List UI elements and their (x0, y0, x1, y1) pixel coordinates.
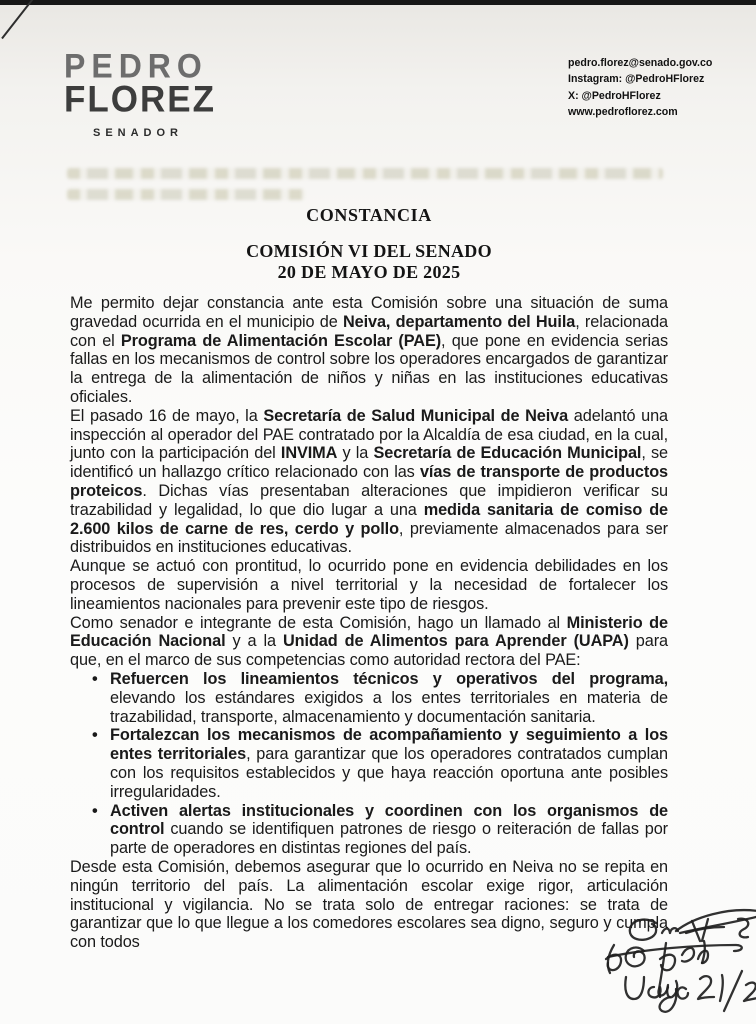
text-run: cuando se identifiquen patrones de riesg… (110, 820, 668, 857)
document-title: CONSTANCIA (70, 205, 668, 226)
document-subtitle-date: 20 DE MAYO DE 2025 (70, 262, 668, 283)
text-run: Aunque se actuó con prontitud, lo ocurri… (70, 557, 668, 613)
scanned-document-page: PEDRO FLOREZ SENADOR pedro.florez@senado… (0, 0, 756, 1024)
contact-email: pedro.florez@senado.gov.co (568, 55, 712, 71)
text-run-bold: Secretaría de Salud Municipal de Neiva (263, 407, 568, 425)
bullet-item: •Refuercen los lineamientos técnicos y o… (70, 670, 668, 726)
text-run: y a la (226, 632, 284, 650)
text-run-bold: Unidad de Alimentos para Aprender (UAPA) (283, 632, 629, 650)
scan-corner-fold (1, 0, 35, 39)
bullet-marker: • (92, 726, 98, 745)
logo-subtitle: SENADOR (64, 127, 212, 139)
text-run-bold: Refuercen los lineamientos técnicos y op… (110, 670, 668, 688)
contact-website: www.pedroflorez.com (568, 104, 712, 120)
document-subtitle-committee: COMISIÓN VI DEL SENADO (70, 241, 668, 262)
paragraph: Desde esta Comisión, debemos asegurar qu… (70, 858, 668, 952)
contact-x: X: @PedroHFlorez (568, 88, 712, 104)
logo-last-name: FLOREZ (64, 79, 212, 121)
bullet-marker: • (92, 670, 98, 689)
contact-instagram: Instagram: @PedroHFlorez (568, 71, 712, 87)
text-run: El pasado 16 de mayo, la (70, 407, 263, 425)
text-run: Como senador e integrante de esta Comisi… (70, 614, 567, 632)
text-run-bold: INVIMA (281, 444, 337, 462)
paragraph: El pasado 16 de mayo, la Secretaría de S… (70, 407, 668, 557)
text-run-bold: Programa de Alimentación Escolar (PAE) (121, 332, 441, 350)
bleed-through-text (67, 168, 663, 200)
senator-logo: PEDRO FLOREZ SENADOR (64, 46, 212, 139)
text-run-bold: Secretaría de Educación Municipal (374, 444, 642, 462)
handwriting-strokes (586, 893, 756, 1024)
bleed-through-line (67, 168, 663, 179)
bullet-item: •Fortalezcan los mecanismos de acompañam… (70, 726, 668, 801)
text-run-bold: Neiva, departamento del Huila (343, 313, 575, 331)
paragraph: Como senador e integrante de esta Comisi… (70, 614, 668, 670)
bullet-item: •Activen alertas institucionales y coord… (70, 802, 668, 858)
bleed-through-line (67, 189, 305, 200)
text-run: Desde esta Comisión, debemos asegurar qu… (70, 858, 668, 951)
contact-block: pedro.florez@senado.gov.co Instagram: @P… (568, 55, 712, 120)
handwritten-annotation (586, 893, 756, 1024)
document-body: Me permito dejar constancia ante esta Co… (70, 294, 668, 952)
bullet-marker: • (92, 802, 98, 821)
paragraph: Me permito dejar constancia ante esta Co… (70, 294, 668, 407)
scan-edge-top (0, 0, 756, 5)
text-run: elevando los estándares exigidos a los e… (110, 689, 668, 726)
paragraph: Aunque se actuó con prontitud, lo ocurri… (70, 557, 668, 613)
document-headings: CONSTANCIA COMISIÓN VI DEL SENADO 20 DE … (70, 205, 668, 283)
text-run: y la (337, 444, 373, 462)
